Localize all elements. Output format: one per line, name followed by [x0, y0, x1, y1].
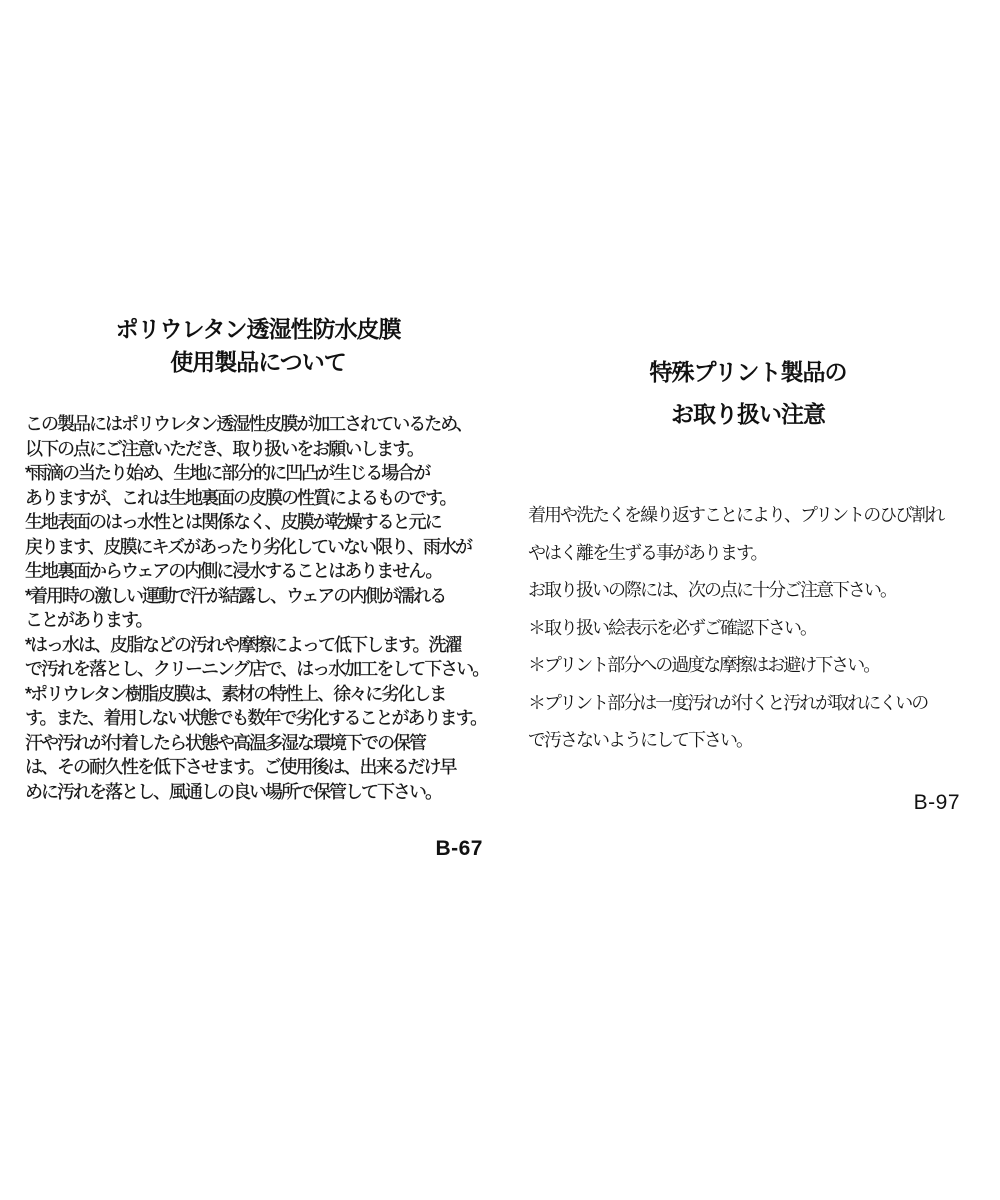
right-section-body: 着用や洗たくを繰り返すことにより、プリントのひび割れ やはく離を生ずる事がありま…: [528, 497, 968, 760]
care-instructions-page: ポリウレタン透湿性防水皮膜 使用製品について この製品にはポリウレタン透湿性皮膜…: [0, 0, 1000, 1200]
left-section-body: この製品にはポリウレタン透湿性皮膜が加工されているため、 以下の点にご注意いただ…: [25, 412, 491, 804]
left-section-polyurethane-notice: ポリウレタン透湿性防水皮膜 使用製品について この製品にはポリウレタン透湿性皮膜…: [25, 313, 491, 861]
right-section-title: 特殊プリント製品の お取り扱い注意: [528, 351, 968, 435]
left-section-page-code: B-67: [25, 837, 491, 861]
left-section-title: ポリウレタン透湿性防水皮膜 使用製品について: [25, 313, 491, 379]
right-section-page-code: B-97: [528, 791, 968, 815]
right-section-print-notice: 特殊プリント製品の お取り扱い注意 着用や洗たくを繰り返すことにより、プリントの…: [528, 351, 968, 815]
